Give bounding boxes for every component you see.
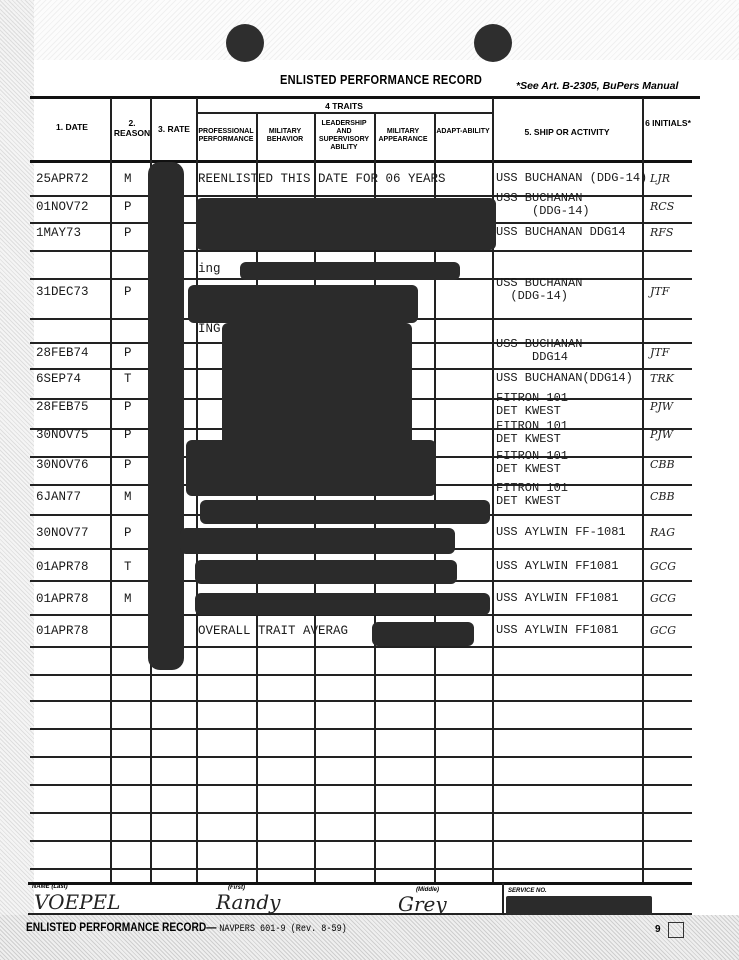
row-initials: RAG (650, 526, 675, 539)
row-initials: GCG (650, 560, 676, 573)
name-divider (28, 882, 692, 885)
row-ship: USS AYLWIN FF1081 (496, 624, 618, 637)
row-ship: FITRON 101 DET KWEST (496, 482, 568, 508)
redaction-traits-block-6 (200, 500, 490, 524)
row-initials: GCG (650, 624, 676, 637)
row-ship: USS AYLWIN FF1081 (496, 560, 618, 573)
row-ship: USS BUCHANAN (DDG-14) (496, 172, 647, 185)
row-date: 30NOV77 (36, 526, 89, 540)
row-reason: P (124, 526, 132, 540)
row-initials: TRK (650, 372, 674, 385)
row-ship: USS AYLWIN FF-1081 (496, 526, 626, 539)
header-trait-adaptability: ADAPT-ABILITY (434, 128, 492, 136)
row-date: 28FEB74 (36, 346, 89, 360)
first-name-value: Randy (216, 890, 280, 914)
row-reason: P (124, 226, 132, 240)
header-date: 1. DATE (44, 122, 100, 132)
redaction-traits-block-9 (195, 593, 490, 615)
row-divider (30, 868, 692, 870)
row-divider (30, 840, 692, 842)
page-checkbox (668, 922, 684, 938)
row-reason: T (124, 560, 132, 574)
last-name-value: VOEPEL (34, 890, 120, 914)
row-reason: T (124, 372, 132, 386)
row-initials: JTF (650, 346, 669, 359)
row-initials: GCG (650, 592, 676, 605)
row-remark: ING (198, 322, 221, 336)
row-ship: USS BUCHANAN DDG14 (496, 338, 582, 364)
redaction-traits-block-2 (240, 262, 460, 280)
redaction-traits-block-3 (188, 285, 418, 323)
row-initials: PJW (650, 428, 673, 441)
row-date: 25APR72 (36, 172, 89, 186)
row-initials: RCS (650, 200, 674, 213)
row-reason: M (124, 592, 132, 606)
row-remark: ing (198, 262, 221, 276)
row-ship: FITRON 101 DET KWEST (496, 450, 568, 476)
header-reason: 2. REASON (112, 118, 152, 138)
footer-title: ENLISTED PERFORMANCE RECORD— (26, 920, 216, 934)
table-top-border (30, 96, 700, 99)
row-divider (30, 646, 692, 648)
col-initials (642, 98, 644, 882)
middle-name-value: Grey (398, 892, 447, 916)
form-note: *See Art. B-2305, BuPers Manual (516, 80, 678, 92)
redaction-traits-block-5 (186, 440, 436, 496)
row-initials: CBB (650, 490, 675, 503)
paper-texture-top (0, 0, 739, 60)
redaction-rate-column (148, 162, 184, 670)
row-divider (30, 756, 692, 758)
redaction-traits-block-8 (195, 560, 457, 584)
header-trait-appearance: MILITARY APPEARANCE (374, 128, 432, 144)
header-ship: 5. SHIP OR ACTIVITY (492, 127, 642, 137)
row-divider (30, 674, 692, 676)
label-service-no: SERVICE NO. (508, 888, 547, 894)
row-remark: OVERALL TRAIT AVERAG (198, 624, 348, 638)
redaction-traits-block-1 (196, 198, 496, 250)
row-date: 6SEP74 (36, 372, 81, 386)
row-ship: USS BUCHANAN (DDG-14) (496, 192, 590, 218)
row-date: 30NOV76 (36, 458, 89, 472)
col-reason (110, 98, 112, 882)
row-date: 30NOV75 (36, 428, 89, 442)
punch-hole-left (226, 24, 264, 62)
header-trait-behavior: MILITARY BEHAVIOR (256, 128, 314, 144)
row-divider (30, 700, 692, 702)
row-initials: CBB (650, 458, 675, 471)
header-trait-leadership: LEADERSHIP AND SUPERVISORY ABILITY (314, 120, 374, 152)
row-date: 28FEB75 (36, 400, 89, 414)
footer-form-number: NAVPERS 601-9 (Rev. 8-59) (219, 924, 347, 935)
page-number: 9 (655, 924, 661, 935)
paper-texture-left (0, 0, 34, 960)
header-traits-group: 4 TRAITS (196, 101, 492, 111)
row-date: 01APR78 (36, 592, 89, 606)
row-ship: USS BUCHANAN DDG14 (496, 226, 626, 239)
row-initials: JTF (650, 285, 669, 298)
row-divider (30, 812, 692, 814)
traits-group-divider (196, 112, 492, 114)
row-initials: LJR (650, 172, 670, 185)
row-ship: USS AYLWIN FF1081 (496, 592, 618, 605)
header-rate: 3. RATE (152, 124, 196, 134)
row-initials: PJW (650, 400, 673, 413)
row-ship: USS BUCHANAN (DDG-14) (496, 277, 582, 303)
row-remark: REENLISTED THIS DATE FOR 06 YEARS (198, 172, 446, 186)
row-reason: P (124, 400, 132, 414)
header-trait-professional: PROFESSIONAL PERFORMANCE (196, 128, 256, 144)
row-date: 01APR78 (36, 560, 89, 574)
row-divider (30, 728, 692, 730)
row-reason: M (124, 172, 132, 186)
row-date: 6JAN77 (36, 490, 81, 504)
row-date: 01APR78 (36, 624, 89, 638)
footer-form-id: ENLISTED PERFORMANCE RECORD— NAVPERS 601… (26, 920, 347, 935)
redaction-traits-block-10 (372, 622, 474, 646)
row-reason: P (124, 458, 132, 472)
row-date: 31DEC73 (36, 285, 89, 299)
service-divider (502, 883, 504, 915)
row-divider (30, 250, 692, 252)
row-date: 01NOV72 (36, 200, 89, 214)
row-divider (30, 195, 692, 197)
punch-hole-right (474, 24, 512, 62)
row-date: 1MAY73 (36, 226, 81, 240)
row-reason: P (124, 346, 132, 360)
row-reason: P (124, 200, 132, 214)
row-initials: RFS (650, 226, 673, 239)
row-reason: P (124, 285, 132, 299)
row-ship: FITRON 101 DET KWEST (496, 420, 568, 446)
row-reason: M (124, 490, 132, 504)
row-ship: FITRON 101 DET KWEST (496, 392, 568, 418)
row-divider (30, 784, 692, 786)
header-bottom-border (30, 160, 692, 163)
redaction-traits-block-7 (180, 528, 455, 554)
form-title: ENLISTED PERFORMANCE RECORD (280, 72, 482, 87)
row-ship: USS BUCHANAN(DDG14) (496, 372, 633, 385)
header-initials: 6 INITIALS* (644, 118, 692, 128)
row-reason: P (124, 428, 132, 442)
